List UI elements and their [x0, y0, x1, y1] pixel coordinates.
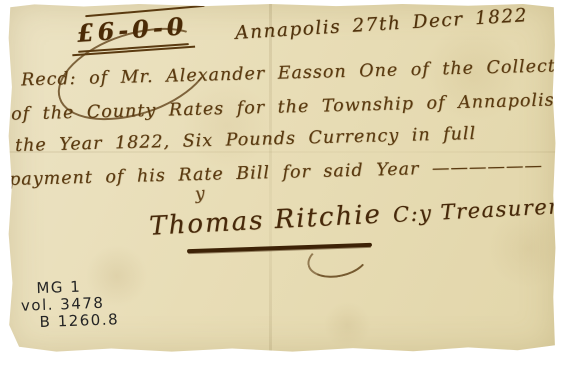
archive-note-item: B 1260.8 [39, 311, 119, 331]
archival-reference-note: MG 1 vol. 3478 B 1260.8 [20, 277, 119, 331]
place-and-date-line: Annapolis 27th Decr 1822 [235, 5, 529, 44]
signature-line: Thomas Ritchie C:y Treasurer [148, 190, 560, 241]
pen-flourish-mark: y [194, 184, 206, 205]
receipt-line: payment of his Rate Bill for said Year —… [9, 156, 543, 190]
signature-title: C:y Treasurer [392, 194, 560, 227]
signature-name: Thomas Ritchie [148, 200, 382, 242]
receipt-paper: £6-0-0 Annapolis 27th Decr 1822 Recd: of… [7, 3, 556, 353]
